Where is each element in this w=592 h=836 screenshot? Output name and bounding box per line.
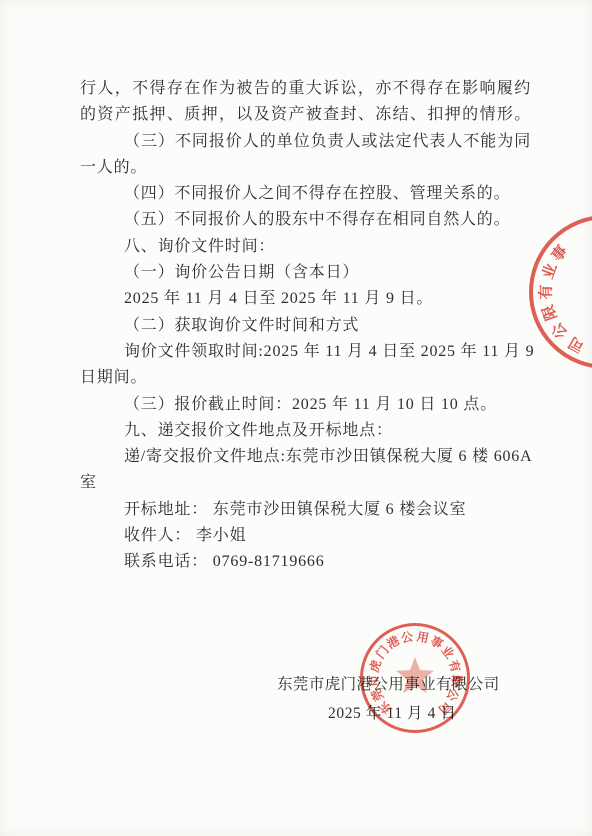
text-line: 开标地址： 东莞市沙田镇保税大厦 6 楼会议室 <box>124 497 531 523</box>
document-page: 行人，不得存在作为被告的重大诉讼，亦不得存在影响履约的资产抵押、质押，以及资产被… <box>0 0 592 836</box>
seal-character: 有 <box>535 284 556 299</box>
body-text: 行人，不得存在作为被告的重大诉讼，亦不得存在影响履约的资产抵押、质押，以及资产被… <box>80 76 531 576</box>
text-line: 日期间。 <box>80 365 531 391</box>
text-line: 的资产抵押、质押，以及资产被查封、冻结、扣押的情形。 <box>80 102 531 128</box>
text-line: 一人的。 <box>80 155 531 181</box>
text-line: 收件人： 李小姐 <box>124 523 531 549</box>
seal-character: 市 <box>364 674 382 687</box>
text-line: 八、询价文件时间： <box>124 234 531 260</box>
text-line: （五）不同报价人的股东中不得存在相同自然人的。 <box>124 207 531 233</box>
text-line: 联系电话： 0769-81719666 <box>124 549 531 575</box>
text-line: 行人，不得存在作为被告的重大诉讼，亦不得存在影响履约 <box>80 76 531 102</box>
text-line: 室 <box>80 470 531 496</box>
text-line: 九、递交报价文件地点及开标地点： <box>124 418 531 444</box>
text-line: 2025 年 11 月 4 日至 2025 年 11 月 9 日。 <box>124 286 531 312</box>
text-line: （三）报价截止时间：2025 年 11 月 10 日 10 点。 <box>124 392 531 418</box>
text-line: （三）不同报价人的单位负责人或法定代表人不能为同 <box>124 129 531 155</box>
text-line: 询价文件领取时间:2025 年 11 月 4 日至 2025 年 11 月 9 <box>124 339 531 365</box>
text-line: （二）获取询价文件时间和方式 <box>124 313 531 339</box>
text-line: 递/寄交报价文件地点:东莞市沙田镇保税大厦 6 楼 606A <box>124 444 531 470</box>
text-line: （一）询价公告日期（含本日） <box>124 260 531 286</box>
text-line: （四）不同报价人之间不得存在控股、管理关系的。 <box>124 181 531 207</box>
seal-character: 限 <box>448 674 466 687</box>
